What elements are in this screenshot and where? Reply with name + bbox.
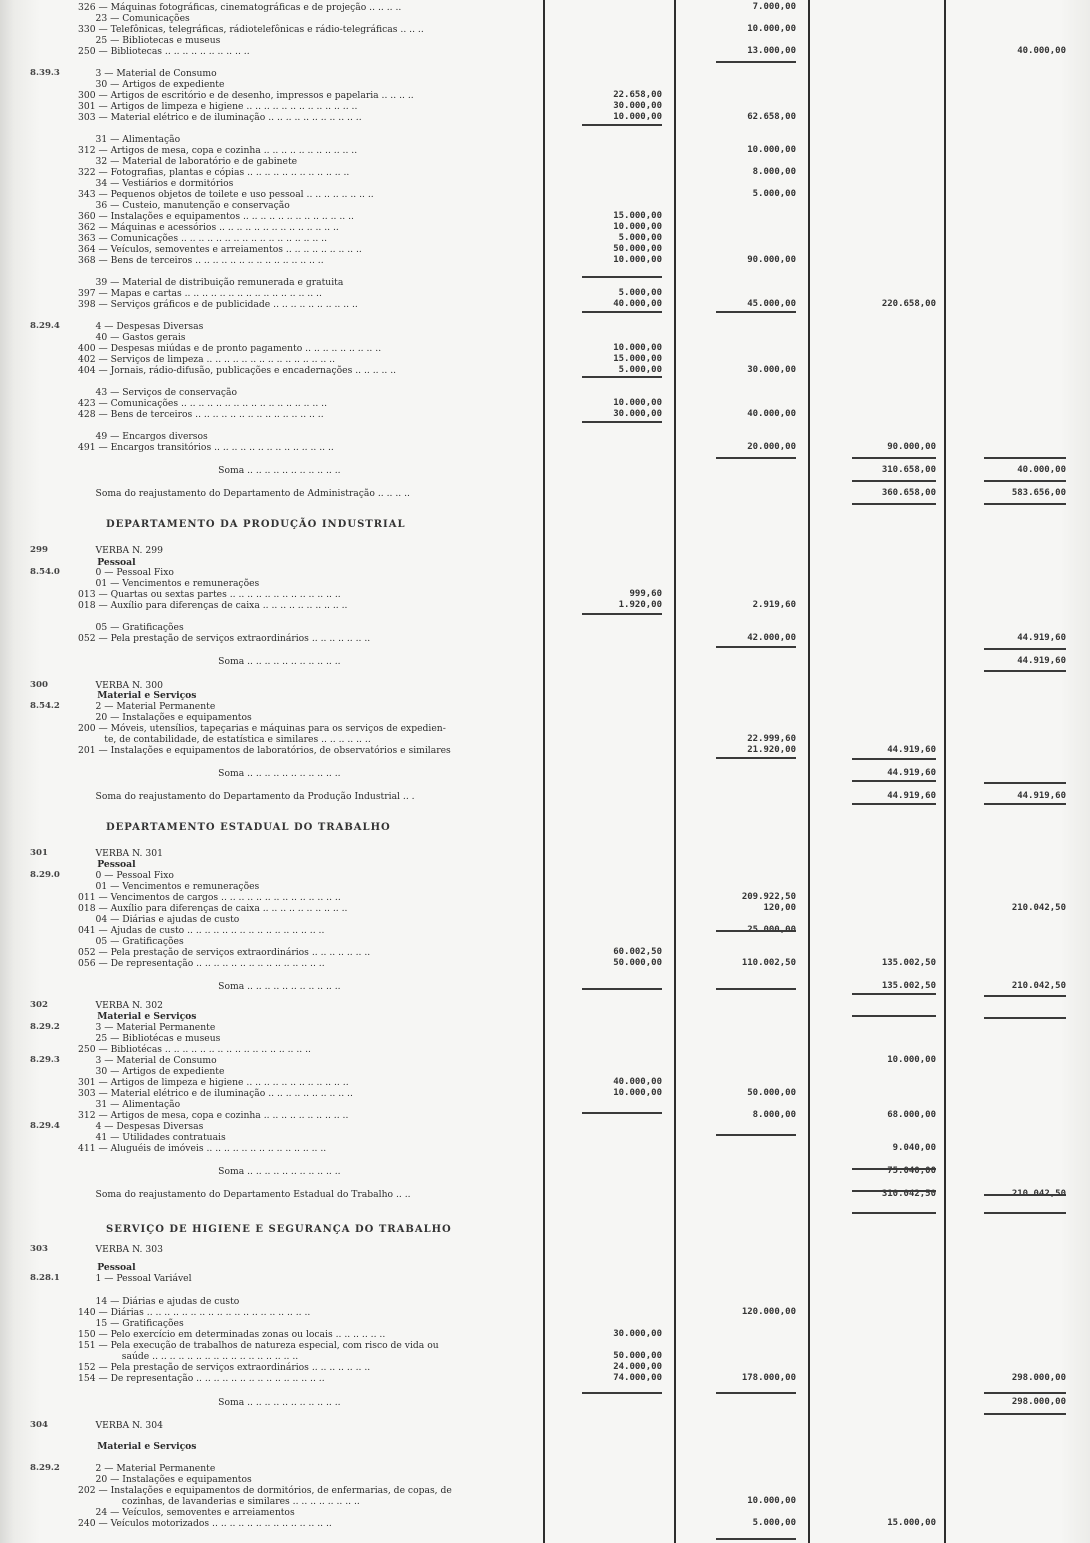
- sum-underline: [984, 457, 1066, 459]
- budget-line: 140 — Diárias .. .. .. .. .. .. .. .. ..…: [0, 1307, 1090, 1318]
- sum-underline: [852, 457, 936, 459]
- sum-underline: [716, 457, 796, 459]
- amount-c4: 44.919,60: [960, 656, 1066, 667]
- line-description: 423 — Comunicações .. .. .. .. .. .. .. …: [78, 398, 538, 409]
- budget-line: 200 — Móveis, utensílios, tapeçarias e m…: [0, 723, 1090, 734]
- amount-c4: 40.000,00: [960, 46, 1066, 57]
- sum-underline: [716, 757, 796, 759]
- line-description: 397 — Mapas e cartas .. .. .. .. .. .. .…: [78, 288, 538, 299]
- budget-line: 301 — Artigos de limpeza e higiene .. ..…: [0, 101, 1090, 112]
- budget-line: 23 — Comunicações: [0, 13, 1090, 24]
- budget-line: 14 — Diárias e ajudas de custo: [0, 1296, 1090, 1307]
- amount-c4: 298.000,00: [960, 1397, 1066, 1408]
- budget-line: 24 — Veículos, semoventes e arreiamentos: [0, 1507, 1090, 1518]
- line-description: Material e Serviços: [78, 690, 538, 701]
- sum-underline: [716, 988, 796, 990]
- sum-underline: [582, 613, 662, 615]
- classification-code: 8.29.4: [30, 321, 70, 332]
- line-description: saúde .. .. .. .. .. .. .. .. .. .. .. .…: [78, 1351, 538, 1362]
- budget-line: 39 — Material de distribuição remunerada…: [0, 277, 1090, 288]
- budget-line: 41 — Utilidades contratuais: [0, 1132, 1090, 1143]
- line-description: 402 — Serviços de limpeza .. .. .. .. ..…: [78, 354, 538, 365]
- line-description: 052 — Pela prestação de serviços extraor…: [78, 947, 538, 958]
- sum-underline: [984, 503, 1066, 505]
- amount-c2: 13.000,00: [690, 46, 796, 57]
- amount-c1: 999,60: [560, 589, 662, 600]
- line-description: 150 — Pelo exercício em determinadas zon…: [78, 1329, 538, 1340]
- sum-underline: [984, 803, 1066, 805]
- sum-underline: [852, 480, 936, 482]
- budget-line: 402 — Serviços de limpeza .. .. .. .. ..…: [0, 354, 1090, 365]
- line-description: 330 — Telefônicas, telegráficas, rádiote…: [78, 24, 538, 35]
- line-description: Soma do reajustamento do Departamento de…: [78, 488, 538, 499]
- budget-line: Pessoal: [0, 859, 1090, 870]
- sum-underline: [852, 1212, 936, 1214]
- amount-c2: 8.000,00: [690, 167, 796, 178]
- line-description: VERBA N. 301: [78, 848, 538, 859]
- budget-line: 312 — Artigos de mesa, copa e cozinha ..…: [0, 145, 1090, 156]
- budget-line: 052 — Pela prestação de serviços extraor…: [0, 947, 1090, 958]
- amount-c3: 135.002,50: [820, 981, 936, 992]
- budget-line: 018 — Auxílio para diferenças de caixa .…: [0, 600, 1090, 611]
- budget-line: 304 VERBA N. 304: [0, 1420, 1090, 1431]
- classification-code: 303: [30, 1244, 70, 1255]
- budget-line: 8.28.1 1 — Pessoal Variável: [0, 1273, 1090, 1284]
- line-description: 1 — Pessoal Variável: [78, 1273, 538, 1284]
- line-description: 363 — Comunicações .. .. .. .. .. .. .. …: [78, 233, 538, 244]
- sum-underline: [582, 311, 662, 313]
- line-description: 151 — Pela execução de trabalhos de natu…: [78, 1340, 538, 1351]
- budget-line: 25 — Bibliotécas e museus: [0, 1033, 1090, 1044]
- line-description: Soma .. .. .. .. .. .. .. .. .. .. ..: [78, 981, 538, 992]
- budget-line: 31 — Alimentação: [0, 134, 1090, 145]
- budget-line: 8.29.3 3 — Material de Consumo10.000,00: [0, 1055, 1090, 1066]
- line-description: 240 — Veículos motorizados .. .. .. .. .…: [78, 1518, 538, 1529]
- budget-line: 36 — Custeio, manutenção e conservação: [0, 200, 1090, 211]
- amount-c2: 20.000,00: [690, 442, 796, 453]
- amount-c1: 15.000,00: [560, 354, 662, 365]
- budget-line: 398 — Serviços gráficos e de publicidade…: [0, 299, 1090, 310]
- budget-line: 013 — Quartas ou sextas partes .. .. .. …: [0, 589, 1090, 600]
- line-description: Pessoal: [78, 859, 538, 870]
- budget-line: 428 — Bens de terceiros .. .. .. .. .. .…: [0, 409, 1090, 420]
- line-description: 4 — Despesas Diversas: [78, 1121, 538, 1132]
- line-description: 2 — Material Permanente: [78, 701, 538, 712]
- budget-line: 018 — Auxílio para diferenças de caixa .…: [0, 903, 1090, 914]
- line-description: 20 — Instalações e equipamentos: [78, 712, 538, 723]
- budget-line: 041 — Ajudas de custo .. .. .. .. .. .. …: [0, 925, 1090, 936]
- amount-c1: 24.000,00: [560, 1362, 662, 1373]
- line-description: 36 — Custeio, manutenção e conservação: [78, 200, 538, 211]
- line-description: 301 — Artigos de limpeza e higiene .. ..…: [78, 1077, 538, 1088]
- line-description: 400 — Despesas miúdas e de pronto pagame…: [78, 343, 538, 354]
- line-description: 31 — Alimentação: [78, 1099, 538, 1110]
- budget-line: 301 — Artigos de limpeza e higiene .. ..…: [0, 1077, 1090, 1088]
- amount-c2: 110.002,50: [690, 958, 796, 969]
- amount-c3: 135.002,50: [820, 958, 936, 969]
- budget-line: 8.39.3 3 — Material de Consumo: [0, 68, 1090, 79]
- line-description: 326 — Máquinas fotográficas, cinematográ…: [78, 2, 538, 13]
- line-description: 011 — Vencimentos de cargos .. .. .. .. …: [78, 892, 538, 903]
- line-description: 3 — Material Permanente: [78, 1022, 538, 1033]
- amount-c1: 60.002,50: [560, 947, 662, 958]
- budget-line: 40 — Gastos gerais: [0, 332, 1090, 343]
- line-description: 404 — Jornais, rádio-difusão, publicaçõe…: [78, 365, 538, 376]
- line-description: 303 — Material elétrico e de iluminação …: [78, 112, 538, 123]
- budget-line: 056 — De representação .. .. .. .. .. ..…: [0, 958, 1090, 969]
- classification-code: 8.29.3: [30, 1055, 70, 1066]
- line-description: 05 — Gratificações: [78, 622, 538, 633]
- sum-underline: [582, 421, 662, 423]
- budget-line: Material e Serviços: [0, 690, 1090, 701]
- amount-c4: 44.919,60: [960, 633, 1066, 644]
- line-description: 368 — Bens de terceiros .. .. .. .. .. .…: [78, 255, 538, 266]
- amount-c1: 30.000,00: [560, 1329, 662, 1340]
- budget-line: 303 VERBA N. 303: [0, 1244, 1090, 1255]
- amount-c2: 50.000,00: [690, 1088, 796, 1099]
- line-description: 202 — Instalações e equipamentos de dorm…: [78, 1485, 538, 1496]
- amount-c4: 40.000,00: [960, 465, 1066, 476]
- line-description: 360 — Instalações e equipamentos .. .. .…: [78, 211, 538, 222]
- amount-c2: 10.000,00: [690, 145, 796, 156]
- line-description: Soma do reajustamento do Departamento da…: [78, 791, 538, 802]
- amount-c2: 178.000,00: [690, 1373, 796, 1384]
- line-description: 30 — Artigos de expediente: [78, 1066, 538, 1077]
- sum-underline: [852, 1168, 936, 1170]
- amount-c1: 22.658,00: [560, 90, 662, 101]
- line-description: 052 — Pela prestação de serviços extraor…: [78, 633, 538, 644]
- sum-underline: [984, 995, 1066, 997]
- sum-underline: [716, 61, 796, 63]
- line-description: 364 — Veículos, semoventes e arreiamento…: [78, 244, 538, 255]
- classification-code: 8.54.0: [30, 567, 70, 578]
- classification-code: 8.54.2: [30, 701, 70, 712]
- budget-line: 322 — Fotografias, plantas e cópias .. .…: [0, 167, 1090, 178]
- amount-c1: 10.000,00: [560, 222, 662, 233]
- budget-line: 8.29.4 4 — Despesas Diversas: [0, 321, 1090, 332]
- budget-line: 250 — Bibliotecas .. .. .. .. .. .. .. .…: [0, 46, 1090, 57]
- budget-line: 303 — Material elétrico e de iluminação …: [0, 112, 1090, 123]
- section-heading: SERVIÇO DE HIGIENE E SEGURANÇA DO TRABAL…: [106, 1224, 452, 1235]
- amount-c3: 15.000,00: [820, 1518, 936, 1529]
- budget-line: 154 — De representação .. .. .. .. .. ..…: [0, 1373, 1090, 1384]
- classification-code: 8.29.2: [30, 1463, 70, 1474]
- budget-line: cozinhas, de lavanderias e similares .. …: [0, 1496, 1090, 1507]
- amount-c3: 68.000,00: [820, 1110, 936, 1121]
- line-description: 49 — Encargos diversos: [78, 431, 538, 442]
- amount-c4: 210.042,50: [960, 903, 1066, 914]
- budget-line: Soma .. .. .. .. .. .. .. .. .. .. ..44.…: [0, 768, 1090, 779]
- budget-line: 8.54.0 0 — Pessoal Fixo: [0, 567, 1090, 578]
- amount-c1: 30.000,00: [560, 409, 662, 420]
- line-description: 24 — Veículos, semoventes e arreiamentos: [78, 1507, 538, 1518]
- line-description: te, de contabilidade, de estatística e s…: [78, 734, 538, 745]
- budget-line: 368 — Bens de terceiros .. .. .. .. .. .…: [0, 255, 1090, 266]
- amount-c1: 74.000,00: [560, 1373, 662, 1384]
- line-description: 14 — Diárias e ajudas de custo: [78, 1296, 538, 1307]
- line-description: 25 — Bibliotécas e museus: [78, 1033, 538, 1044]
- line-description: 154 — De representação .. .. .. .. .. ..…: [78, 1373, 538, 1384]
- amount-c2: 42.000,00: [690, 633, 796, 644]
- line-description: 2 — Material Permanente: [78, 1463, 538, 1474]
- line-description: 43 — Serviços de conservação: [78, 387, 538, 398]
- sum-underline: [852, 780, 936, 782]
- classification-code: 8.29.0: [30, 870, 70, 881]
- classification-code: 304: [30, 1420, 70, 1431]
- amount-c2: 5.000,00: [690, 1518, 796, 1529]
- budget-line: 011 — Vencimentos de cargos .. .. .. .. …: [0, 892, 1090, 903]
- line-description: Soma .. .. .. .. .. .. .. .. .. .. ..: [78, 768, 538, 779]
- sum-underline: [984, 670, 1066, 672]
- budget-line: Pessoal: [0, 1262, 1090, 1273]
- line-description: 0 — Pessoal Fixo: [78, 870, 538, 881]
- line-description: 428 — Bens de terceiros .. .. .. .. .. .…: [78, 409, 538, 420]
- sum-underline: [716, 646, 796, 648]
- line-description: 15 — Gratificações: [78, 1318, 538, 1329]
- line-description: 40 — Gastos gerais: [78, 332, 538, 343]
- line-description: Soma .. .. .. .. .. .. .. .. .. .. ..: [78, 1397, 538, 1408]
- budget-line: 052 — Pela prestação de serviços extraor…: [0, 633, 1090, 644]
- sum-underline: [716, 930, 796, 932]
- amount-c2: 209.922,50: [690, 892, 796, 903]
- budget-line: 299 VERBA N. 299: [0, 545, 1090, 556]
- budget-line: 04 — Diárias e ajudas de custo: [0, 914, 1090, 925]
- budget-line: 43 — Serviços de conservação: [0, 387, 1090, 398]
- budget-line: 30 — Artigos de expediente: [0, 1066, 1090, 1077]
- budget-line: 8.29.4 4 — Despesas Diversas: [0, 1121, 1090, 1132]
- budget-line: 30 — Artigos de expediente: [0, 79, 1090, 90]
- sum-underline: [852, 1015, 936, 1017]
- budget-line: 250 — Bibliotécas .. .. .. .. .. .. .. .…: [0, 1044, 1090, 1055]
- line-description: 3 — Material de Consumo: [78, 1055, 538, 1066]
- sum-underline: [852, 993, 936, 995]
- amount-c1: 10.000,00: [560, 255, 662, 266]
- sum-underline: [582, 376, 662, 378]
- line-description: 322 — Fotografias, plantas e cópias .. .…: [78, 167, 538, 178]
- sum-underline: [984, 1392, 1066, 1394]
- line-description: 398 — Serviços gráficos e de publicidade…: [78, 299, 538, 310]
- amount-c1: 30.000,00: [560, 101, 662, 112]
- budget-line: 20 — Instalações e equipamentos: [0, 1474, 1090, 1485]
- budget-line: 397 — Mapas e cartas .. .. .. .. .. .. .…: [0, 288, 1090, 299]
- line-description: 343 — Pequenos objetos de toilete e uso …: [78, 189, 538, 200]
- budget-line: 301 VERBA N. 301: [0, 848, 1090, 859]
- scanned-budget-page: 326 — Máquinas fotográficas, cinematográ…: [0, 0, 1090, 1543]
- budget-line: 32 — Material de laboratório e de gabine…: [0, 156, 1090, 167]
- budget-line: 423 — Comunicações .. .. .. .. .. .. .. …: [0, 398, 1090, 409]
- line-description: 152 — Pela prestação de serviços extraor…: [78, 1362, 538, 1373]
- budget-line: Soma do reajustamento do Departamento de…: [0, 488, 1090, 499]
- amount-c2: 7.000,00: [690, 2, 796, 13]
- section-heading: DEPARTAMENTO ESTADUAL DO TRABALHO: [106, 822, 391, 833]
- line-description: 0 — Pessoal Fixo: [78, 567, 538, 578]
- amount-c1: 10.000,00: [560, 343, 662, 354]
- amount-c3: 44.919,60: [820, 791, 936, 802]
- sum-underline: [716, 1134, 796, 1136]
- amount-c2: 5.000,00: [690, 189, 796, 200]
- sum-underline: [582, 988, 662, 990]
- budget-line: 302 VERBA N. 302: [0, 1000, 1090, 1011]
- amount-c2: 62.658,00: [690, 112, 796, 123]
- budget-line: 411 — Aluguéis de imóveis .. .. .. .. ..…: [0, 1143, 1090, 1154]
- budget-line: Soma .. .. .. .. .. .. .. .. .. .. ..310…: [0, 465, 1090, 476]
- amount-c1: 5.000,00: [560, 365, 662, 376]
- amount-c2: 8.000,00: [690, 1110, 796, 1121]
- sum-underline: [984, 648, 1066, 650]
- line-description: 201 — Instalações e equipamentos de labo…: [78, 745, 538, 756]
- budget-line: 491 — Encargos transitórios .. .. .. .. …: [0, 442, 1090, 453]
- sum-underline: [582, 1112, 662, 1114]
- budget-line: 363 — Comunicações .. .. .. .. .. .. .. …: [0, 233, 1090, 244]
- line-description: 303 — Material elétrico e de iluminação …: [78, 1088, 538, 1099]
- sum-underline: [852, 503, 936, 505]
- sum-underline: [582, 276, 662, 278]
- line-description: 4 — Despesas Diversas: [78, 321, 538, 332]
- sum-underline: [852, 803, 936, 805]
- amount-c1: 40.000,00: [560, 299, 662, 310]
- amount-c3: 10.000,00: [820, 1055, 936, 1066]
- budget-line: 201 — Instalações e equipamentos de labo…: [0, 745, 1090, 756]
- line-description: 200 — Móveis, utensílios, tapeçarias e m…: [78, 723, 538, 734]
- amount-c2: 40.000,00: [690, 409, 796, 420]
- sum-underline: [984, 1212, 1066, 1214]
- line-description: 491 — Encargos transitórios .. .. .. .. …: [78, 442, 538, 453]
- amount-c2: 120.000,00: [690, 1307, 796, 1318]
- amount-c2: 120,00: [690, 903, 796, 914]
- budget-line: Soma do reajustamento do Departamento da…: [0, 791, 1090, 802]
- budget-line: 05 — Gratificações: [0, 622, 1090, 633]
- line-description: 411 — Aluguéis de imóveis .. .. .. .. ..…: [78, 1143, 538, 1154]
- classification-code: 8.28.1: [30, 1273, 70, 1284]
- sum-underline: [852, 758, 936, 760]
- amount-c3: 90.000,00: [820, 442, 936, 453]
- amount-c1: 50.000,00: [560, 958, 662, 969]
- amount-c4: 44.919,60: [960, 791, 1066, 802]
- classification-code: 8.29.4: [30, 1121, 70, 1132]
- line-description: 041 — Ajudas de custo .. .. .. .. .. .. …: [78, 925, 538, 936]
- budget-line: saúde .. .. .. .. .. .. .. .. .. .. .. .…: [0, 1351, 1090, 1362]
- budget-line: 330 — Telefônicas, telegráficas, rádiote…: [0, 24, 1090, 35]
- budget-line: te, de contabilidade, de estatística e s…: [0, 734, 1090, 745]
- line-description: Soma do reajustamento do Departamento Es…: [78, 1189, 538, 1200]
- amount-c4: 210.042,50: [960, 981, 1066, 992]
- amount-c2: 21.920,00: [690, 745, 796, 756]
- sum-underline: [716, 311, 796, 313]
- line-description: 04 — Diárias e ajudas de custo: [78, 914, 538, 925]
- budget-line: 01 — Vencimentos e remunerações: [0, 881, 1090, 892]
- line-description: 362 — Máquinas e acessórios .. .. .. .. …: [78, 222, 538, 233]
- amount-c3: 9.040,00: [820, 1143, 936, 1154]
- line-description: 312 — Artigos de mesa, copa e cozinha ..…: [78, 1110, 538, 1121]
- line-description: 34 — Vestiários e dormitórios: [78, 178, 538, 189]
- sum-underline: [716, 1538, 796, 1540]
- budget-line: 20 — Instalações e equipamentos: [0, 712, 1090, 723]
- line-description: 32 — Material de laboratório e de gabine…: [78, 156, 538, 167]
- budget-line: 400 — Despesas miúdas e de pronto pagame…: [0, 343, 1090, 354]
- budget-line: Material e Serviços: [0, 1441, 1090, 1452]
- amount-c3: 220.658,00: [820, 299, 936, 310]
- line-description: VERBA N. 303: [78, 1244, 538, 1255]
- amount-c1: 5.000,00: [560, 233, 662, 244]
- budget-line: 404 — Jornais, rádio-difusão, publicaçõe…: [0, 365, 1090, 376]
- classification-code: 299: [30, 545, 70, 556]
- amount-c1: 10.000,00: [560, 1088, 662, 1099]
- sum-underline: [852, 1190, 936, 1192]
- line-description: VERBA N. 304: [78, 1420, 538, 1431]
- budget-line: 152 — Pela prestação de serviços extraor…: [0, 1362, 1090, 1373]
- line-description: 312 — Artigos de mesa, copa e cozinha ..…: [78, 145, 538, 156]
- sum-underline: [582, 124, 662, 126]
- amount-c2: 10.000,00: [690, 1496, 796, 1507]
- line-description: 39 — Material de distribuição remunerada…: [78, 277, 538, 288]
- budget-line: Soma .. .. .. .. .. .. .. .. .. .. ..44.…: [0, 656, 1090, 667]
- line-description: 056 — De representação .. .. .. .. .. ..…: [78, 958, 538, 969]
- budget-line: 300 — Artigos de escritório e de desenho…: [0, 90, 1090, 101]
- amount-c2: 90.000,00: [690, 255, 796, 266]
- amount-c1: 50.000,00: [560, 1351, 662, 1362]
- sum-underline: [984, 782, 1066, 784]
- budget-line: 31 — Alimentação: [0, 1099, 1090, 1110]
- amount-c1: 10.000,00: [560, 398, 662, 409]
- line-description: 25 — Bibliotecas e museus: [78, 35, 538, 46]
- budget-line: 8.54.2 2 — Material Permanente: [0, 701, 1090, 712]
- line-description: 300 — Artigos de escritório e de desenho…: [78, 90, 538, 101]
- line-description: VERBA N. 302: [78, 1000, 538, 1011]
- line-description: Soma .. .. .. .. .. .. .. .. .. .. ..: [78, 465, 538, 476]
- budget-line: 360 — Instalações e equipamentos .. .. .…: [0, 211, 1090, 222]
- classification-code: 302: [30, 1000, 70, 1011]
- amount-c2: 10.000,00: [690, 24, 796, 35]
- line-description: 250 — Bibliotecas .. .. .. .. .. .. .. .…: [78, 46, 538, 57]
- classification-code: 8.39.3: [30, 68, 70, 79]
- amount-c2: 2.919,60: [690, 600, 796, 611]
- sum-underline: [984, 480, 1066, 482]
- budget-line: 25 — Bibliotecas e museus: [0, 35, 1090, 46]
- budget-line: 202 — Instalações e equipamentos de dorm…: [0, 1485, 1090, 1496]
- line-description: Material e Serviços: [78, 1011, 538, 1022]
- line-description: 01 — Vencimentos e remunerações: [78, 881, 538, 892]
- amount-c1: 5.000,00: [560, 288, 662, 299]
- budget-line: 303 — Material elétrico e de iluminação …: [0, 1088, 1090, 1099]
- line-description: 018 — Auxílio para diferenças de caixa .…: [78, 600, 538, 611]
- line-description: 018 — Auxílio para diferenças de caixa .…: [78, 903, 538, 914]
- line-description: cozinhas, de lavanderias e similares .. …: [78, 1496, 538, 1507]
- line-description: 41 — Utilidades contratuais: [78, 1132, 538, 1143]
- classification-code: 8.29.2: [30, 1022, 70, 1033]
- budget-line: 8.29.2 3 — Material Permanente: [0, 1022, 1090, 1033]
- budget-line: 362 — Máquinas e acessórios .. .. .. .. …: [0, 222, 1090, 233]
- amount-c2: 45.000,00: [690, 299, 796, 310]
- sum-underline: [984, 1194, 1066, 1196]
- amount-c2: 22.999,60: [690, 734, 796, 745]
- budget-line: 49 — Encargos diversos: [0, 431, 1090, 442]
- amount-c2: 30.000,00: [690, 365, 796, 376]
- line-description: 250 — Bibliotécas .. .. .. .. .. .. .. .…: [78, 1044, 538, 1055]
- line-description: 23 — Comunicações: [78, 13, 538, 24]
- line-description: Material e Serviços: [78, 1441, 538, 1452]
- budget-line: 150 — Pelo exercício em determinadas zon…: [0, 1329, 1090, 1340]
- budget-line: 8.29.0 0 — Pessoal Fixo: [0, 870, 1090, 881]
- section-heading: DEPARTAMENTO DA PRODUÇÃO INDUSTRIAL: [106, 519, 406, 530]
- amount-c3: 360.658,00: [820, 488, 936, 499]
- line-description: 140 — Diárias .. .. .. .. .. .. .. .. ..…: [78, 1307, 538, 1318]
- budget-line: 312 — Artigos de mesa, copa e cozinha ..…: [0, 1110, 1090, 1121]
- budget-line: 240 — Veículos motorizados .. .. .. .. .…: [0, 1518, 1090, 1529]
- budget-line: 15 — Gratificações: [0, 1318, 1090, 1329]
- line-description: Soma .. .. .. .. .. .. .. .. .. .. ..: [78, 1166, 538, 1177]
- budget-line: 326 — Máquinas fotográficas, cinematográ…: [0, 2, 1090, 13]
- amount-c3: 310.658,00: [820, 465, 936, 476]
